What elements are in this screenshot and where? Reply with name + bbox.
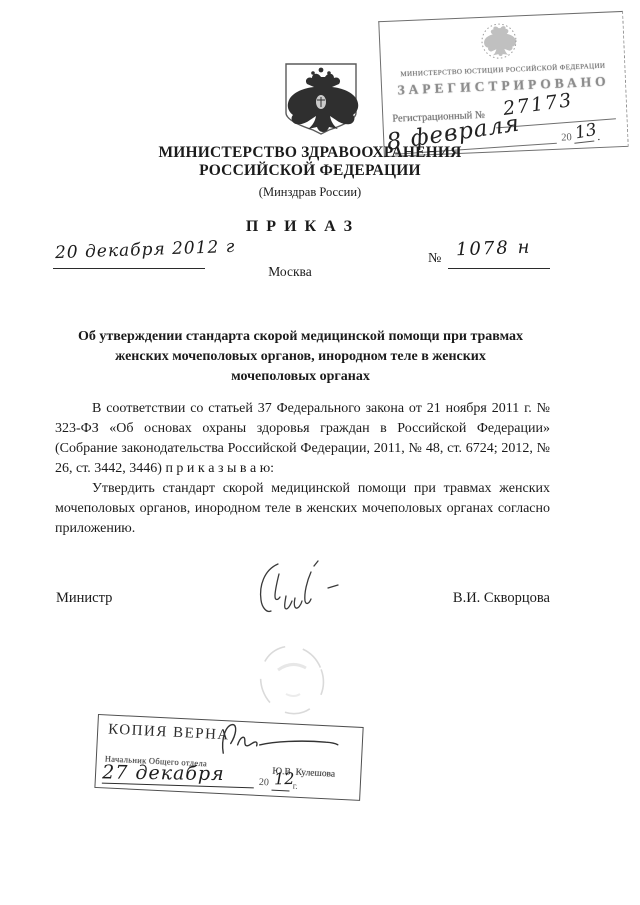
justice-ministry-emblem-icon [478, 19, 520, 68]
signer-name: В.И. Скворцова [453, 590, 550, 607]
clerk-signature-icon [209, 717, 346, 769]
signer-position: Министр [56, 590, 112, 607]
ministry-name-line2: РОССИЙСКОЙ ФЕДЕРАЦИИ [10, 162, 610, 180]
order-number-handwritten: 1078 н [456, 237, 532, 261]
copy-date-handwritten: 27 декабря [102, 761, 225, 785]
copy-certification-stamp: КОПИЯ ВЕРНА Начальник Общего отдела Ю.В.… [94, 714, 363, 801]
registration-date-dot: . [597, 129, 601, 144]
ministry-short-name: (Минздрав России) [10, 183, 610, 201]
order-subject-title: Об утверждении стандарта скорой медицинс… [73, 327, 528, 387]
justice-registration-stamp: МИНИСТЕРСТВО ЮСТИЦИИ РОССИЙСКОЙ ФЕДЕРАЦИ… [378, 11, 628, 157]
order-date-handwritten: 20 декабря 2012 г [55, 237, 236, 263]
minister-signature-icon [248, 556, 358, 623]
copy-year-handwritten: 12 [274, 769, 295, 788]
document-type-title: П Р И К А З [55, 218, 545, 236]
registration-year-handwritten: 13 [573, 120, 598, 144]
scanned-order-document: МИНИСТЕРСТВО ЮСТИЦИИ РОССИЙСКОЙ ФЕДЕРАЦИ… [0, 0, 640, 905]
copy-year-suffix: г. [292, 781, 297, 791]
registration-year-prefix: 20 [561, 132, 572, 143]
issue-city: Москва [55, 264, 525, 280]
body-paragraph-2: Утвердить стандарт скорой медицинской по… [55, 479, 550, 539]
issuing-ministry-header: МИНИСТЕРСТВО ЗДРАВООХРАНЕНИЯ РОССИЙСКОЙ … [10, 144, 610, 201]
order-body-text: В соответствии со статьей 37 Федеральног… [55, 399, 550, 539]
ministry-name-line1: МИНИСТЕРСТВО ЗДРАВООХРАНЕНИЯ [10, 144, 610, 162]
body-paragraph-1: В соответствии со статьей 37 Федеральног… [55, 399, 550, 479]
copy-year-prefix: 20 [259, 777, 270, 788]
faded-round-seal-icon [256, 642, 328, 723]
coat-of-arms-icon [277, 61, 365, 144]
